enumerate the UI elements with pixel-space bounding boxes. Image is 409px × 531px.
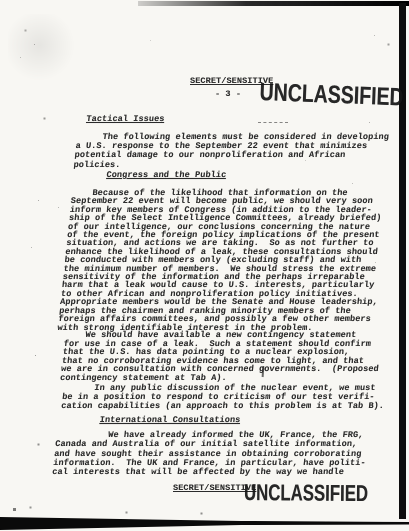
scanned-memo-page: SECRET/SENSITIVE - 3 - UNCLASSIFIED Tact…: [0, 0, 409, 531]
scan-edge-bar-bottom: [0, 516, 409, 531]
tactical-issues-heading: Tactical Issues: [86, 115, 165, 124]
memo-body: Tactical Issues The following elements m…: [0, 113, 409, 513]
tactical-issues-paragraph: The following elements must be considere…: [73, 133, 389, 170]
congress-public-paragraph-1: Because of the likelihood that informati…: [57, 189, 390, 332]
scan-edge-bar-top: [138, 1, 409, 6]
page-number: - 3 -: [215, 90, 241, 99]
congress-public-paragraph-3: In any public discussion of the nuclear …: [61, 384, 387, 410]
congress-public-paragraph-2: We should have available a new contingen…: [60, 331, 383, 383]
unclassified-stamp-top: UNCLASSIFIED: [259, 80, 404, 111]
congress-public-heading: Congress and the Public: [106, 171, 227, 180]
international-consultations-paragraph: We have already informed the UK, France,…: [52, 431, 369, 477]
international-consultations-heading: International Consultations: [99, 416, 241, 425]
scan-noise-speckles: [0, 0, 1, 1]
scan-edge-bar-right: [399, 3, 406, 519]
corner-smudge: [8, 14, 78, 84]
unclassified-stamp-bottom: UNCLASSIFIED: [244, 481, 368, 505]
